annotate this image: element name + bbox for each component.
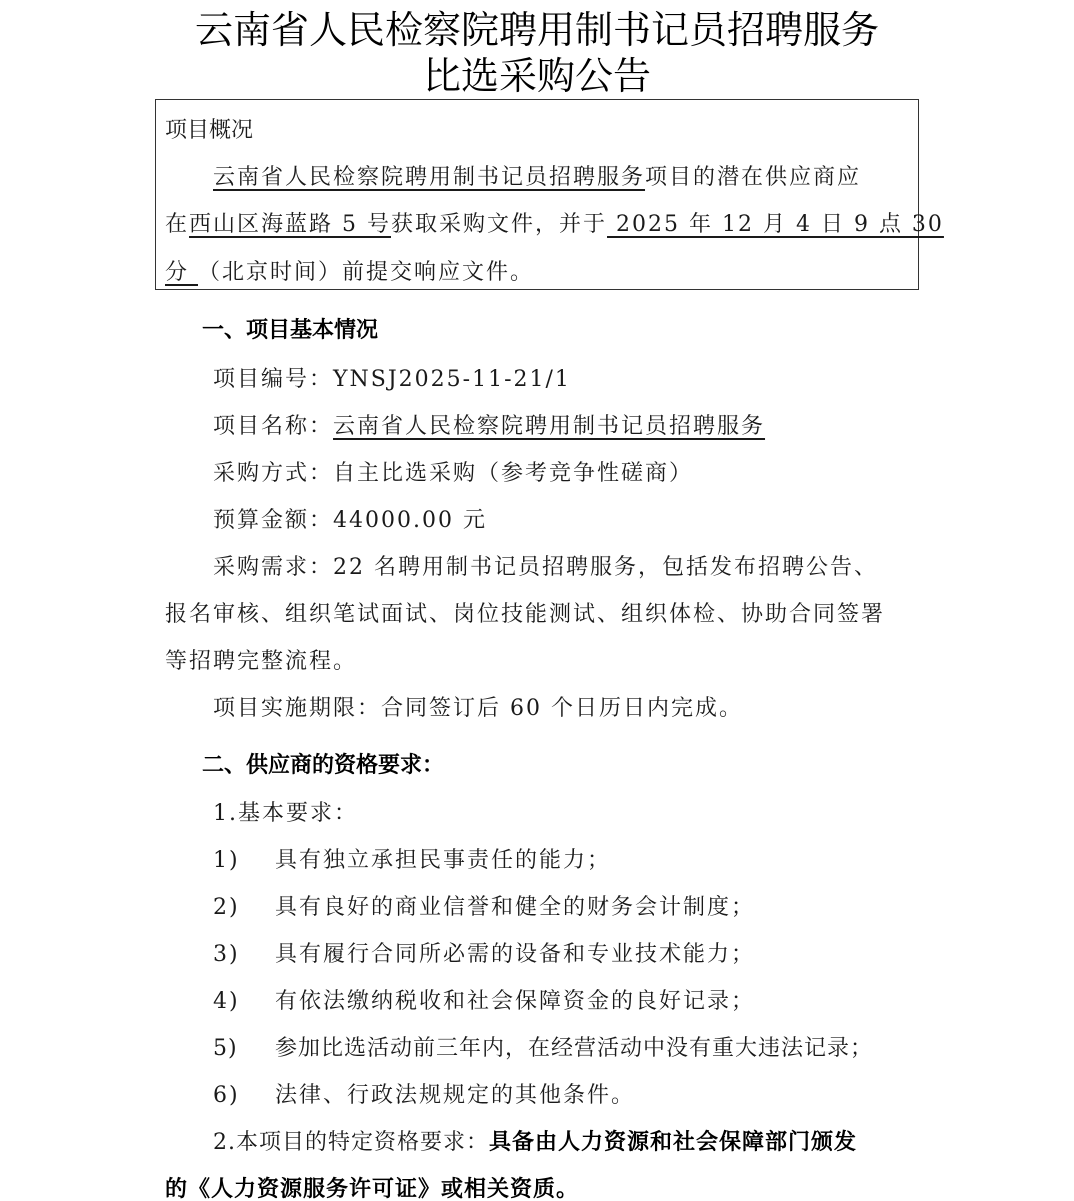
summary-text2-prefix: 在 — [165, 212, 189, 237]
document-title-line2: 比选采购公告 — [0, 54, 1074, 98]
basic-item-number: 4) — [213, 987, 275, 1017]
summary-text2-mid: 获取采购文件，并于 — [391, 212, 607, 237]
summary-line3: 分 （北京时间）前提交响应文件。 — [165, 258, 534, 288]
summary-line1: 云南省人民检察院聘用制书记员招聘服务项目的潜在供应商应 — [213, 163, 861, 193]
procurement-method-label: 采购方式： — [213, 461, 333, 486]
basic-item-number: 6) — [213, 1081, 275, 1111]
summary-project-name: 云南省人民检察院聘用制书记员招聘服务 — [213, 165, 645, 190]
basic-item: 1)具有独立承担民事责任的能力； — [213, 846, 611, 876]
budget-row: 预算金额：44000.00 元 — [213, 506, 487, 536]
summary-deadline-part2: 分 — [165, 260, 198, 285]
specific-requirements-bold2: 的《人力资源服务许可证》或相关资质。 — [165, 1175, 579, 1201]
section2-heading: 二、供应商的资格要求： — [202, 751, 444, 781]
specific-requirements-label: 2.本项目的特定资格要求： — [213, 1130, 489, 1155]
project-number-label: 项目编号： — [213, 367, 333, 392]
basic-item-number: 1) — [213, 846, 275, 876]
requirements-line1: 采购需求：22 名聘用制书记员招聘服务，包括发布招聘公告、 — [213, 553, 878, 583]
summary-line2: 在西山区海蓝路 5 号获取采购文件，并于 2025 年 12 月 4 日 9 点… — [165, 210, 944, 240]
basic-item-text: 参加比选活动前三年内，在经营活动中没有重大违法记录； — [275, 1036, 873, 1061]
basic-item: 3)具有履行合同所必需的设备和专业技术能力； — [213, 940, 755, 970]
specific-requirements-bold1: 具备由人力资源和社会保障部门颁发 — [489, 1130, 857, 1155]
procurement-method-value: 自主比选采购（参考竞争性磋商） — [333, 461, 693, 486]
basic-item-number: 5) — [213, 1034, 275, 1064]
basic-item-number: 2) — [213, 893, 275, 923]
basic-item: 6)法律、行政法规规定的其他条件。 — [213, 1081, 635, 1111]
basic-item: 4)有依法缴纳税收和社会保障资金的良好记录； — [213, 987, 755, 1017]
specific-requirements-line1: 2.本项目的特定资格要求：具备由人力资源和社会保障部门颁发 — [213, 1128, 857, 1158]
basic-requirements-heading: 1.基本要求： — [213, 799, 358, 829]
summary-address: 西山区海蓝路 5 号 — [189, 212, 391, 237]
basic-item-text: 具有履行合同所必需的设备和专业技术能力； — [275, 942, 755, 967]
basic-item-text: 具有良好的商业信誉和健全的财务会计制度； — [275, 895, 755, 920]
summary-text1: 项目的潜在供应商应 — [645, 165, 861, 190]
project-number-value: YNSJ2025-11-21/1 — [333, 367, 571, 392]
basic-item-text: 有依法缴纳税收和社会保障资金的良好记录； — [275, 989, 755, 1014]
project-name-label: 项目名称： — [213, 414, 333, 439]
implementation-period: 项目实施期限：合同签订后 60 个日历日内完成。 — [213, 694, 743, 724]
basic-item-text: 法律、行政法规规定的其他条件。 — [275, 1083, 635, 1108]
requirements-line2: 报名审核、组织笔试面试、岗位技能测试、组织体检、协助合同签署 — [165, 600, 885, 630]
budget-value: 44000.00 元 — [333, 508, 487, 533]
requirements-line3: 等招聘完整流程。 — [165, 647, 357, 677]
procurement-method-row: 采购方式：自主比选采购（参考竞争性磋商） — [213, 459, 693, 489]
document-title-line1: 云南省人民检察院聘用制书记员招聘服务 — [0, 8, 1074, 52]
project-name-row: 项目名称：云南省人民检察院聘用制书记员招聘服务 — [213, 412, 765, 442]
basic-item-text: 具有独立承担民事责任的能力； — [275, 848, 611, 873]
basic-item: 2)具有良好的商业信誉和健全的财务会计制度； — [213, 893, 755, 923]
project-number-row: 项目编号：YNSJ2025-11-21/1 — [213, 365, 571, 395]
summary-text3: （北京时间）前提交响应文件。 — [198, 260, 534, 285]
budget-label: 预算金额： — [213, 508, 333, 533]
basic-item-number: 3) — [213, 940, 275, 970]
project-name-value: 云南省人民检察院聘用制书记员招聘服务 — [333, 414, 765, 439]
basic-item: 5)参加比选活动前三年内，在经营活动中没有重大违法记录； — [213, 1034, 873, 1064]
summary-heading: 项目概况 — [165, 116, 253, 146]
section1-heading: 一、项目基本情况 — [202, 316, 378, 346]
summary-deadline-part1: 2025 年 12 月 4 日 9 点 30 — [607, 212, 944, 237]
